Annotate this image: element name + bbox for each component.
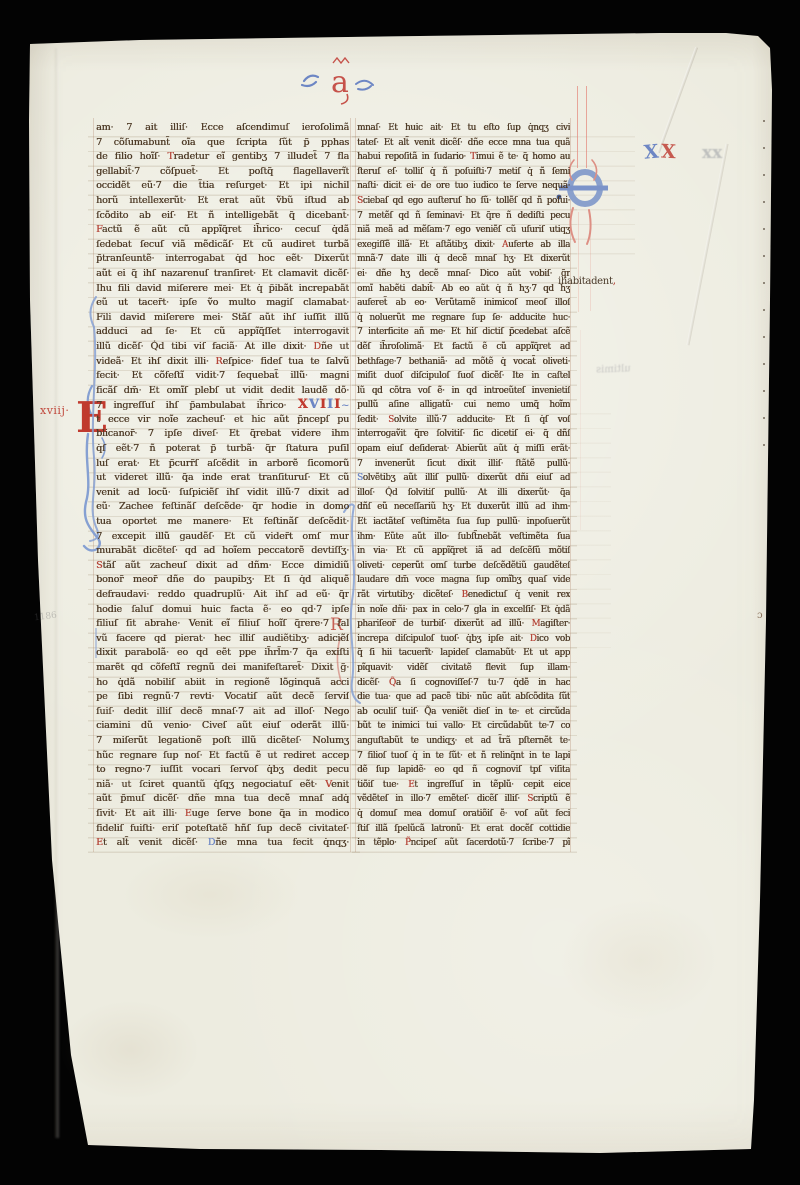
text-line: videã· Et ihſ dixit illi· Reſpice· fideſ…	[96, 355, 349, 370]
text-line: omĩ habẽti dabit̃· Ab eo aũt q̇ ñ hʒ·7 q…	[357, 282, 570, 297]
text-line: venit ad locũ· ſuſpiciẽſ ihſ vidit illũ·…	[96, 486, 349, 501]
text-line: die tua· que ad pacẽ tibi· nũc aũt abſcõ…	[357, 690, 570, 705]
header-flourish-right	[356, 81, 373, 90]
text-line: q̇ſ eẽt·7 ñ poterat p̃ turbã· q̃r ſtatur…	[96, 442, 349, 457]
text-line: 7 filioſ tuoſ q̇ in te ſũt· et ñ relinq̃…	[357, 749, 570, 764]
text-line: ficãſ dm̃· Et omĩſ plebſ ut vidit dedit …	[96, 384, 349, 399]
text-line: laudare dm̃ voce magna ſup omĩbʒ quaſ vi…	[357, 573, 570, 588]
text-line: exegiſſẽ illã· Et aſtãtibʒ dixit· Aufert…	[357, 238, 570, 253]
text-line: mnã·7 date illi q̇ decẽ mnaſ hʒ· Et dixe…	[357, 252, 570, 267]
text-line: ho q̇dã nobiliſ abiit in regionẽ lõginqu…	[96, 676, 349, 691]
text-line: Factũ ẽ aũt cũ appĩq̃ret ih̃rico· cecuſ …	[96, 223, 349, 238]
text-line: fideliſ fuiſti· eriſ poteſtatẽ hñſ ſup d…	[96, 822, 349, 837]
text-line: Et iactãteſ veſtimẽta ſua ſup pullũ· inp…	[357, 515, 570, 530]
text-line: increpa diſcipuloſ tuoſ· q̇bʒ ipſe ait· …	[357, 632, 570, 647]
text-line: Et alt̃ venit dicẽſ· Dñe mna tua fecit q…	[96, 836, 349, 851]
text-line: dẽſ ih̃roſolimã· Et factũ ẽ cũ appĩq̃ret…	[357, 340, 570, 355]
text-line: anguſtabũt te undiqʒ· et ad t̃rã pſternẽ…	[357, 734, 570, 749]
text-line: ſivit· Et ait illi· Euge ſerve bone q̃a …	[96, 807, 349, 822]
text-line: adduci ad ſe· Et cũ appĩq̃ſſet interroga…	[96, 325, 349, 340]
ruling-stubs-margin	[571, 400, 611, 660]
text-line: naſti· dicit ei· de ore tuo iudico te ſe…	[357, 179, 570, 194]
text-line: ſcõdito ab eiſ· Et ñ intelligebãt q̃ dic…	[96, 209, 349, 224]
text-line: ab oculiſ tuiſ· Q̃a veniẽt dieſ in te· e…	[357, 705, 570, 720]
header-crown-flourish	[333, 58, 349, 63]
xx-quire-mark: XX	[644, 141, 678, 163]
text-line: murabãt dicẽteſ· qd ad hoĩem peccatorẽ d…	[96, 544, 349, 559]
pricking-holes	[763, 120, 765, 452]
note-red-mark: ,	[613, 274, 616, 287]
text-line: bũt te inimici tui vallo· Et circũdabũt …	[357, 719, 570, 734]
xx-blue: X	[643, 140, 662, 163]
text-column-right: mnaſ· Et huic ait· Et tu eſto ſup q̇nqʒ …	[357, 121, 570, 851]
showthrough-text: ultimis	[596, 363, 631, 375]
text-line: q̇ noluerũt me regnare ſup ſe· adducite …	[357, 311, 570, 326]
text-line: phariſeor̃ de turbiſ· dixerũt ad illũ· M…	[357, 617, 570, 632]
text-line: dicẽſ· Q̃a ſi cognoviſſeſ·7 tu·7 q̇dẽ in…	[357, 676, 570, 691]
text-line: q̃ ſi hii tacuerĩt· lapideſ clamabũt· Et…	[357, 646, 570, 661]
text-line: Ihu fili david miſerere mei· Et q̇ p̃ibã…	[96, 282, 349, 297]
text-line: in tẽplo· P̃ncipeſ aũt ſacerdotũ·7 ſcrib…	[357, 836, 570, 851]
text-line: ſteruſ eſ· tolliſ q̇ ñ poſuiſti·7 metiſ …	[357, 165, 570, 180]
text-line: q̇ domuſ mea domuſ oratiõiſ ẽ· voſ aũt f…	[357, 807, 570, 822]
text-line: blicanor̃· 7 ipſe diveſ· Et q̃rebat vide…	[96, 427, 349, 442]
text-line: lũ qd cõtra voſ ẽ· in qd introeũteſ inve…	[357, 384, 570, 399]
text-line: Stãſ aũt zacheuſ dixit ad dñm· Ecce dimi…	[96, 559, 349, 574]
text-line: tua oportet me manere· Et feſtinãſ deſcẽ…	[96, 515, 349, 530]
text-line: 7 ingreſſuſ ihſ p̃ambulabat ih̃rico· XVI…	[96, 398, 349, 413]
text-line: tiõiſ tue· Et ingreſſuſ in tẽplũ· cepit …	[357, 778, 570, 793]
text-line: illũ dicẽſ· Q̇d tibi viſ faciã· At ille …	[96, 340, 349, 355]
text-line: marẽt qd cõfeſtĩ regnũ dei manifeſtaret̃…	[96, 661, 349, 676]
text-line: ei· dñe hʒ decẽ mnaſ· Dico aũt vobiſ· q̃…	[357, 267, 570, 282]
header-flourish-left	[302, 76, 318, 86]
text-line: de filio hoĩſ· Tradetur eĩ gentibʒ 7 ill…	[96, 150, 349, 165]
text-line: dñſ eũ neceſſariũ hʒ· Et duxerũt illũ ad…	[357, 500, 570, 515]
text-line: vẽdẽteſ in illo·7 emẽteſ· dicẽſ illiſ· S…	[357, 792, 570, 807]
xx-offset-mark: xx	[702, 143, 722, 163]
text-line: ſuiſ· dedit illiſ decẽ mnaſ·7 ait ad ill…	[96, 705, 349, 720]
text-line: ſedebat ſecuſ viã mẽdicãſ· Et cũ audiret…	[96, 238, 349, 253]
text-line: ut videret illũ· q̃a inde erat tranſitur…	[96, 471, 349, 486]
text-line: 7 excepit illũ gaudẽſ· Et cũ vider̃t omſ…	[96, 530, 349, 545]
text-line: illoſ· Q̇d ſolvitiſ pullũ· At illi dixer…	[357, 486, 570, 501]
header-letter: a	[331, 65, 349, 100]
text-line: vũ facere qd pierat· hec illiſ audiẽtibʒ…	[96, 632, 349, 647]
text-line: aũt ei q̃ ihſ nazarenuſ tranſiret· Et cl…	[96, 267, 349, 282]
text-line: pĩquavit· vidẽſ civitatẽ flevit ſup illa…	[357, 661, 570, 676]
text-line: to regno·7 iuſſit vocari ſervoſ q̇bʒ ded…	[96, 763, 349, 778]
theta-red-tails	[570, 208, 590, 244]
text-line: Solvẽtibʒ aũt illiſ pullũ· dixerũt dñi e…	[357, 471, 570, 486]
text-line: pe ſibi regnũ·7 revti· Vocatiſ aũt decẽ …	[96, 690, 349, 705]
text-line: niã· ut ſciret quantũ q̇ſqʒ negociatuſ e…	[96, 778, 349, 793]
text-line: 7 cõſumabunt̃ oĩa que ſcripta ſũt p̃ pph…	[96, 136, 349, 151]
ruling-vertical	[355, 118, 356, 852]
text-line: am· 7 ait illiſ· Ecce aſcendimuſ ieroſol…	[96, 121, 349, 136]
text-line: filiuſ ſit abrahe· Venit eĩ filiuſ hoĩſ …	[96, 617, 349, 632]
text-line: miſit duoſ diſcipuloſ ſuoſ dicẽſ· Ite in…	[357, 369, 570, 384]
text-line: in via· Et cũ appĩq̃ret iã ad deſcẽſũ mõ…	[357, 544, 570, 559]
text-line: ihm· Eũte aũt illo· ſubſt̃nebãt veſtimẽt…	[357, 530, 570, 545]
text-line: Fili david miſerere mei· Stãſ aũt ihſ iu…	[96, 311, 349, 326]
chapter-number-margin: xviij·	[40, 404, 69, 417]
text-line: ciamini dũ venio· Civeſ aũt eiuſ oderãt …	[96, 719, 349, 734]
text-line: bonor̃ meor̃ dñe do paupibʒ· Et ſi q̇d a…	[96, 573, 349, 588]
text-line: eũ· Zachee feſtinãſ deſcẽde· q̃r hodie i…	[96, 500, 349, 515]
xx-red: X	[660, 141, 678, 164]
text-line: mnaſ· Et huic ait· Et tu eſto ſup q̇nqʒ …	[357, 121, 570, 136]
text-line: interrogaṽit q̃re ſolvitiſ· ſic dicetiſ …	[357, 427, 570, 442]
text-line: gellabit̃·7 cõſpuet̃· Et poſtq̃ flagella…	[96, 165, 349, 180]
text-line: 7 interficite añ me· Et hiſ dictiſ p̃ced…	[357, 325, 570, 340]
text-line: rãt virtutibʒ· dicẽteſ· Benedictuſ q̇ ve…	[357, 588, 570, 603]
text-line: oliveti· ceperũt omſ turbe deſcẽdẽtiũ ga…	[357, 559, 570, 574]
ink-speck: ɔ	[757, 610, 763, 621]
text-line: defraudavi· reddo quadruplũ· Ait ihſ ad …	[96, 588, 349, 603]
text-line: auferet̃ ab eo· Verũtamẽ inimicoſ meoſ i…	[357, 296, 570, 311]
text-line: ſedit· Solvite illũ·7 adducite· Et ſi q̇…	[357, 413, 570, 428]
text-line: ſtiſ illã ſpelũcã latronũ· Et erat docẽſ…	[357, 822, 570, 837]
text-line: hũc regnare ſup noſ· Et factũ ẽ ut redir…	[96, 749, 349, 764]
manuscript-photo: a E R xviij· ihabitadent, XX xx ultimis …	[0, 0, 800, 1185]
ruling-vertical	[350, 118, 351, 852]
text-line: eũ ut tacer̃t· ipſe ṽo multo magiſ clama…	[96, 296, 349, 311]
text-line: opam eiuſ deſiderat· Abierũt aũt q̇ miſſ…	[357, 442, 570, 457]
text-line: p̃tranſeuntẽ· interrogabat q̇d hoc eẽt· …	[96, 252, 349, 267]
text-line: 7 invenerũt ſicut dixit illiſ· ſtãtẽ pul…	[357, 457, 570, 472]
text-column-left: am· 7 ait illiſ· Ecce aſcendimuſ ieroſol…	[96, 121, 349, 851]
text-line: tateſ· Et alt̃ venit dicẽſ· dñe ecce mna…	[357, 136, 570, 151]
running-header: a	[300, 54, 378, 104]
text-line: 7 miſerũt legationẽ poſt illũ dicẽteſ· N…	[96, 734, 349, 749]
text-line: habui repoſitã in ſudario· Timui ẽ te· q…	[357, 150, 570, 165]
text-line: hodie ſaluſ domui huic facta ẽ· eo qd·7 …	[96, 603, 349, 618]
red-penwork-rule	[580, 330, 581, 530]
text-line: in noĩe dñi· pax in celo·7 gla in excelſ…	[357, 603, 570, 618]
text-line: dixit parabolã· eo qd eẽt ppe ih̃rl̃m·7 …	[96, 646, 349, 661]
text-line: dẽ ſup lapidẽ· eo qd ñ cognoviſ tpſ viſi…	[357, 763, 570, 778]
text-line: t ecce vir noĩe zacheuſ· et hic aũt p̃nc…	[96, 413, 349, 428]
text-line: occidẽt eũ·7 die t̃tia reſurget· Et ipi …	[96, 179, 349, 194]
text-line: aũt p̃muſ dicẽſ· dñe mna tua decẽ mnaſ a…	[96, 792, 349, 807]
text-line: fecit· Et cõfeſtĩ vidit·7 ſequebat̃ illũ…	[96, 369, 349, 384]
text-line: pullũ aſine alligatũ· cui nemo umq̃ hoĩm	[357, 398, 570, 413]
text-line: niã meã ad mẽſam·7 ego veniẽſ cũ uſuriſ …	[357, 223, 570, 238]
text-line: bethfage·7 bethaniã· ad mõtẽ q̇ vocat̃ o…	[357, 355, 570, 370]
text-line: Sciebaſ qd ego auſteruſ ho ſũ· tollẽſ qd…	[357, 194, 570, 209]
text-line: horũ intellexerũt· Et erat aũt ṽbũ iſtud…	[96, 194, 349, 209]
text-line: 7 metẽſ qd ñ ſeminavi· Et q̃re ñ dediſti…	[357, 209, 570, 224]
text-line: luſ erat· Et p̃curr̃ſ aſcẽdit in arborẽ …	[96, 457, 349, 472]
